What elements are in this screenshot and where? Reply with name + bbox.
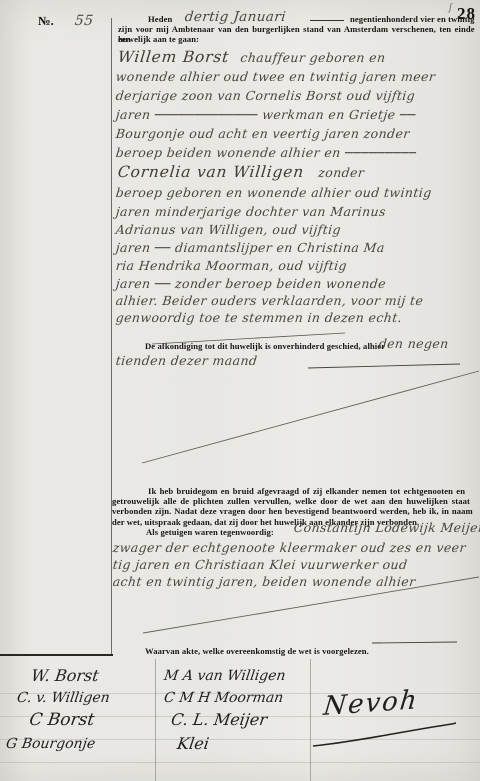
signature-father-groom: C Borst xyxy=(28,710,96,730)
signature-column-rule-right xyxy=(310,659,311,781)
groom-name: Willem Borst xyxy=(117,48,230,66)
body-line: derjarige zoon van Cornelis Borst oud vi… xyxy=(115,88,416,103)
body-line: jaren ── zonder beroep beiden wonende xyxy=(115,276,387,291)
witness-handwritten-inline: Constantijn Lodewijk Meijer xyxy=(293,520,480,535)
body-line: wonende alhier oud twee en twintig jaren… xyxy=(115,69,436,84)
printed-heden: Heden xyxy=(148,14,172,24)
stamp-mark: ʃ xyxy=(449,2,452,13)
printed-announcement: De afkondiging tot dit huwelijk is onver… xyxy=(145,341,385,351)
body-line: Bourgonje oud acht en veertig jaren zond… xyxy=(115,126,411,141)
bride-name: Cornelia van Willigen xyxy=(117,163,305,181)
body-line: jaren ───────────── werkman en Grietje ─… xyxy=(115,107,417,122)
announcement-filler-line xyxy=(308,364,460,368)
body-line: jaren minderjarige dochter van Marinus xyxy=(115,204,387,219)
body-bride-line: Cornelia van Willigen zonder xyxy=(117,163,365,181)
scanned-marriage-certificate: ʃ 28 №. 55 Heden dertig Januari negentie… xyxy=(0,0,480,781)
act-number-label: №. xyxy=(38,16,54,26)
signature-witness-klei: Klei xyxy=(176,734,210,753)
signature-mother-groom: G Bourgonje xyxy=(5,736,96,752)
signature-father-bride: M A van Willigen xyxy=(163,668,287,684)
declaration-line: Ik heb bruidegom en bruid afgevraagd of … xyxy=(112,486,478,496)
printed-header-line3: huwelijk aan te gaan: xyxy=(118,34,199,44)
signature-mother-bride: C M H Moorman xyxy=(163,690,284,706)
handwritten-announcement-2: tienden dezer maand xyxy=(115,353,258,368)
bride-rest: zonder xyxy=(318,165,366,180)
body-line: ria Hendrika Moorman, oud vijftig xyxy=(115,258,348,273)
witness-line: tig jaren en Christiaan Klei vuurwerker … xyxy=(112,557,408,572)
handwritten-announcement-1: den negen xyxy=(378,336,449,351)
signature-bride: C. v. Willigen xyxy=(16,690,111,706)
signature-groom: W. Borst xyxy=(30,666,100,685)
void-diagonal-upper xyxy=(142,371,479,463)
body-line: Adrianus van Willigen, oud vijftig xyxy=(115,222,342,237)
handwritten-marriage-date: dertig Januari xyxy=(184,9,287,25)
closing-filler-line xyxy=(372,642,457,643)
declaration-line: verbonden zijn. Nadat deze vragen door h… xyxy=(112,506,478,516)
body-groom-line: Willem Borst chauffeur geboren en xyxy=(117,48,387,66)
printed-year: negentienhonderd vier en twintig xyxy=(350,14,475,24)
witness-line: zwager der echtgenoote kleermaker oud ze… xyxy=(112,540,467,555)
body-line: jaren ── diamantslijper en Christina Ma xyxy=(115,240,386,255)
signature-column-rule-left xyxy=(155,659,156,781)
printed-closing: Waarvan akte, welke overeenkomstig de we… xyxy=(145,646,369,656)
body-line: genwoordig toe te stemmen in dezen echt. xyxy=(115,310,403,325)
margin-box-bottom-rule xyxy=(0,654,113,656)
body-line: alhier. Beider ouders verklaarden, voor … xyxy=(115,293,424,308)
groom-rest: chauffeur geboren en xyxy=(240,50,387,65)
signature-ruled-line xyxy=(0,762,480,763)
printed-witnesses-label: Als getuigen waren tegenwoordig: xyxy=(146,527,274,537)
filler-dash xyxy=(310,20,344,21)
body-line: beroep beiden wonende alhier en ────────… xyxy=(115,145,417,160)
body-line: beroep geboren en wonende alhier oud twi… xyxy=(115,185,432,200)
declaration-line: getrouwelijk alle de plichten zullen ver… xyxy=(112,496,478,506)
registrar-flourish-underline xyxy=(313,723,456,746)
signature-witness-meijer: C. L. Meijer xyxy=(170,710,268,729)
margin-vertical-rule xyxy=(111,18,112,655)
act-number-value: 55 xyxy=(74,13,94,29)
witness-line: acht en twintig jaren, beiden wonende al… xyxy=(112,574,416,589)
